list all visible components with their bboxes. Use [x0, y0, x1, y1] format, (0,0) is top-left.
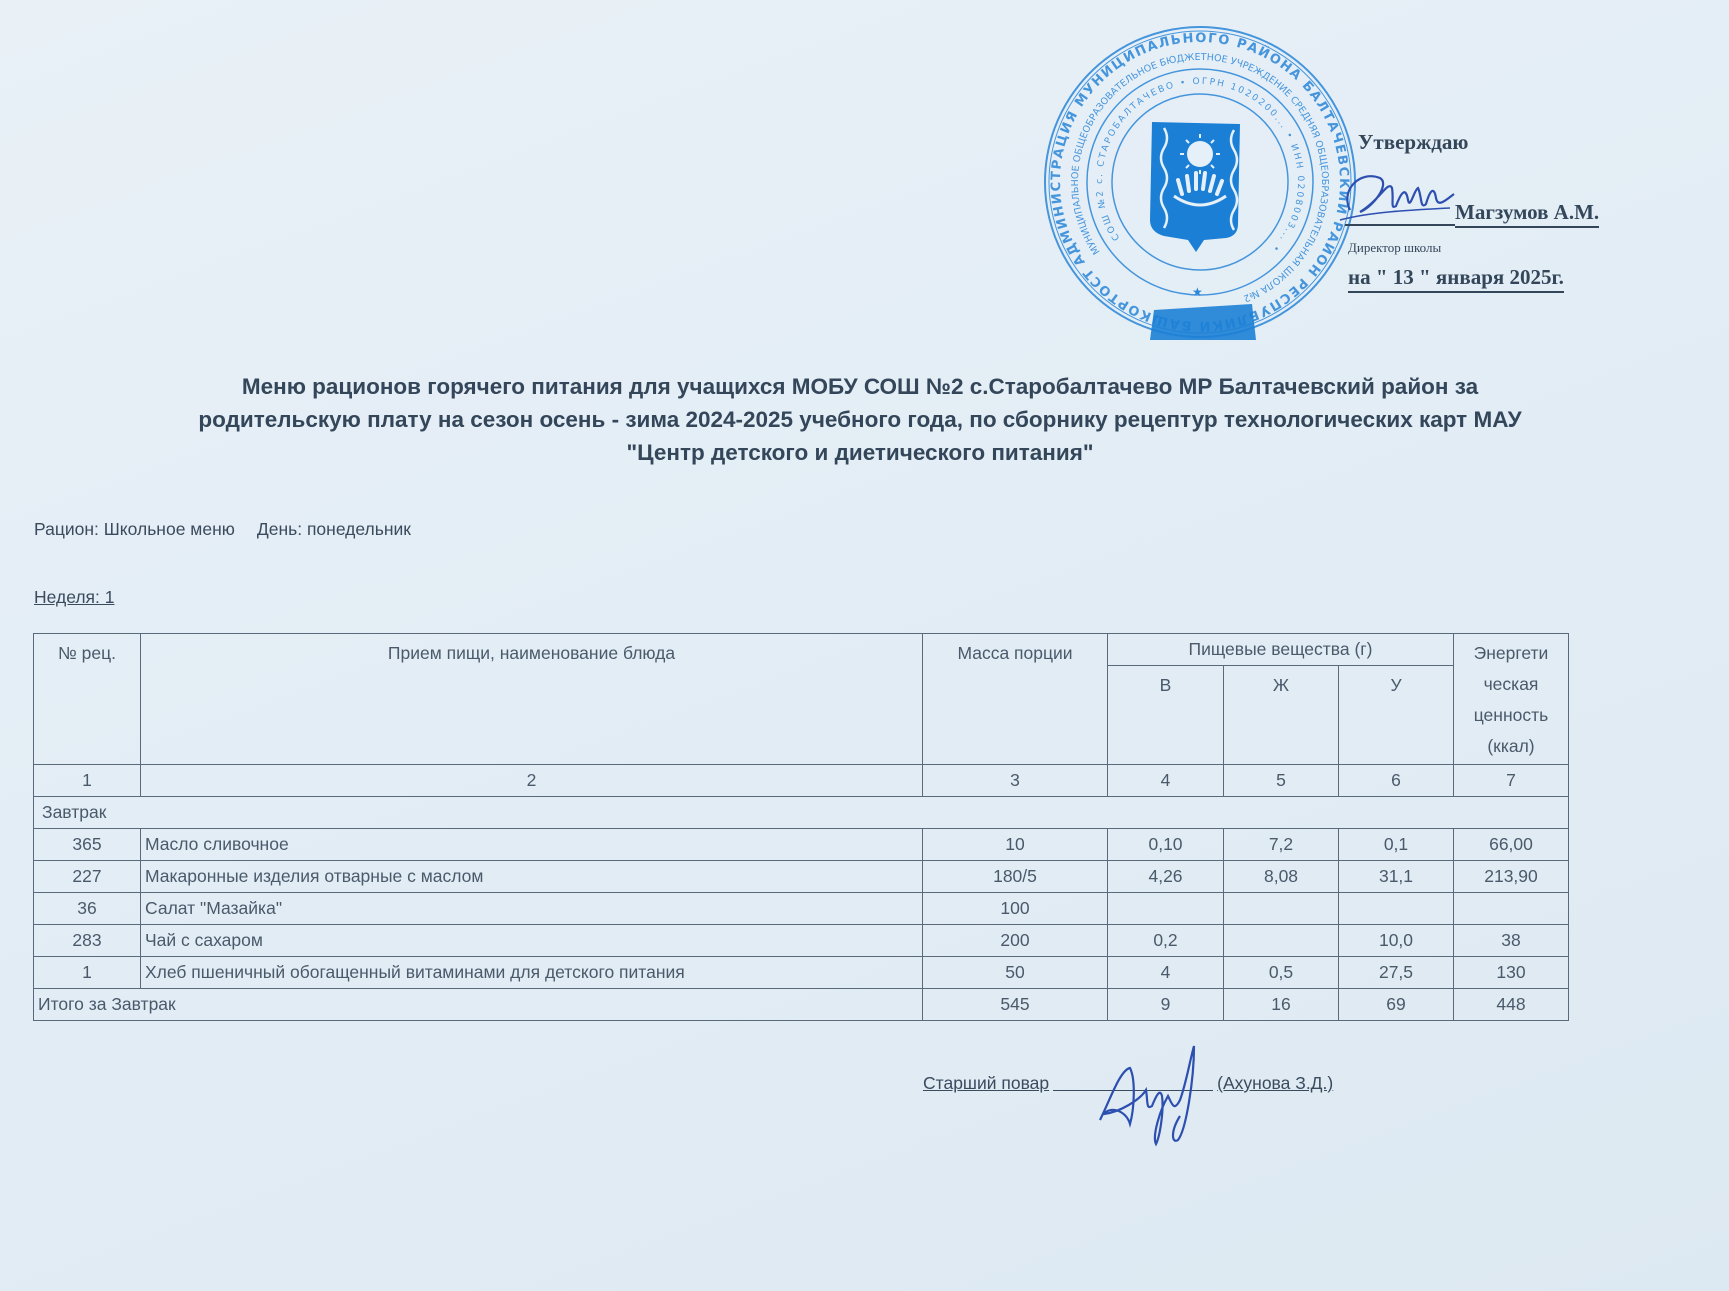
column-number-row: 1 2 3 4 5 6 7 [34, 765, 1569, 797]
official-seal-stamp: АДМИНИСТРАЦИЯ МУНИЦИПАЛЬНОГО РАЙОНА БАЛТ… [1042, 24, 1358, 340]
cell-energy: 130 [1454, 957, 1569, 989]
header-energy-line: (ккал) [1458, 731, 1564, 762]
table-row: 36Салат "Мазайка"100 [34, 893, 1569, 925]
cell-no: 36 [34, 893, 141, 925]
table-row: 1Хлеб пшеничный обогащенный витаминами д… [34, 957, 1569, 989]
table-row: 365Масло сливочное100,107,20,166,00 [34, 829, 1569, 861]
cell-energy: 213,90 [1454, 861, 1569, 893]
cell-no: 283 [34, 925, 141, 957]
total-label: Итого за Завтрак [34, 989, 923, 1021]
cook-label: Старший повар [923, 1073, 1049, 1093]
cell-carbs: 10,0 [1339, 925, 1454, 957]
menu-table: № рец. Прием пищи, наименование блюда Ма… [33, 633, 1569, 1021]
cell-no: 1 [34, 957, 141, 989]
title-line-3: "Центр детского и диетического питания" [60, 436, 1660, 469]
header-energy-line: ценность [1458, 700, 1564, 731]
cook-signature [1090, 1040, 1210, 1150]
cell-dish: Чай с сахаром [141, 925, 923, 957]
cell-dish: Хлеб пшеничный обогащенный витаминами дл… [141, 957, 923, 989]
cell-fat [1224, 925, 1339, 957]
cell-fat: 0,5 [1224, 957, 1339, 989]
director-name: Магзумов А.М. [1455, 200, 1599, 228]
signature-line [1345, 224, 1455, 226]
cell-no: 227 [34, 861, 141, 893]
approval-date: на " 13 " января 2025г. [1348, 265, 1564, 293]
table-row: 227Макаронные изделия отварные с маслом1… [34, 861, 1569, 893]
cell-portion: 100 [923, 893, 1108, 925]
title-line-1: Меню рационов горячего питания для учащи… [60, 370, 1660, 403]
cell-carbs [1339, 893, 1454, 925]
total-energy: 448 [1454, 989, 1569, 1021]
total-protein: 9 [1108, 989, 1224, 1021]
cell-protein [1108, 893, 1224, 925]
column-number: 1 [34, 765, 141, 797]
cell-protein: 0,2 [1108, 925, 1224, 957]
cell-protein: 4,26 [1108, 861, 1224, 893]
header-energy: Энергети ческая ценность (ккал) [1454, 634, 1569, 765]
column-number: 2 [141, 765, 923, 797]
header-recipe-no: № рец. [34, 634, 141, 765]
table-row: 283Чай с сахаром2000,210,038 [34, 925, 1569, 957]
coat-of-arms-icon [1150, 122, 1240, 252]
cell-portion: 200 [923, 925, 1108, 957]
total-carbs: 69 [1339, 989, 1454, 1021]
total-portion: 545 [923, 989, 1108, 1021]
total-fat: 16 [1224, 989, 1339, 1021]
cell-dish: Макаронные изделия отварные с маслом [141, 861, 923, 893]
cell-fat [1224, 893, 1339, 925]
cell-carbs: 27,5 [1339, 957, 1454, 989]
cell-dish: Салат "Мазайка" [141, 893, 923, 925]
header-portion: Масса порции [923, 634, 1108, 765]
header-carbs: У [1339, 666, 1454, 765]
cell-dish: Масло сливочное [141, 829, 923, 861]
section-row: Завтрак [34, 797, 1569, 829]
cell-portion: 180/5 [923, 861, 1108, 893]
ration-info: Рацион: Школьное менюДень: понедельник [34, 519, 411, 540]
cell-portion: 10 [923, 829, 1108, 861]
cell-no: 365 [34, 829, 141, 861]
svg-text:★: ★ [1192, 285, 1203, 299]
column-number: 4 [1108, 765, 1224, 797]
day-label: День: понедельник [257, 519, 411, 539]
column-number: 3 [923, 765, 1108, 797]
section-label: Завтрак [34, 797, 1569, 829]
document-title: Меню рационов горячего питания для учащи… [60, 370, 1660, 469]
header-protein: В [1108, 666, 1224, 765]
cook-name: (Ахунова З.Д.) [1217, 1073, 1333, 1093]
week-label: Неделя: 1 [34, 587, 115, 608]
cell-carbs: 0,1 [1339, 829, 1454, 861]
total-row: Итого за Завтрак 545 9 16 69 448 [34, 989, 1569, 1021]
cell-portion: 50 [923, 957, 1108, 989]
cell-protein: 0,10 [1108, 829, 1224, 861]
cell-energy: 66,00 [1454, 829, 1569, 861]
director-role: Директор школы [1348, 240, 1441, 256]
header-energy-line: ческая [1458, 669, 1564, 700]
cell-fat: 8,08 [1224, 861, 1339, 893]
cell-energy: 38 [1454, 925, 1569, 957]
column-number: 7 [1454, 765, 1569, 797]
column-number: 6 [1339, 765, 1454, 797]
header-dish: Прием пищи, наименование блюда [141, 634, 923, 765]
approval-heading: Утверждаю [1358, 130, 1468, 155]
cell-energy [1454, 893, 1569, 925]
header-energy-line: Энергети [1458, 638, 1564, 669]
ration-label: Рацион: Школьное меню [34, 519, 235, 539]
cell-protein: 4 [1108, 957, 1224, 989]
header-nutrients: Пищевые вещества (г) [1108, 634, 1454, 666]
header-fat: Ж [1224, 666, 1339, 765]
cell-fat: 7,2 [1224, 829, 1339, 861]
title-line-2: родительскую плату на сезон осень - зима… [60, 403, 1660, 436]
column-number: 5 [1224, 765, 1339, 797]
cell-carbs: 31,1 [1339, 861, 1454, 893]
